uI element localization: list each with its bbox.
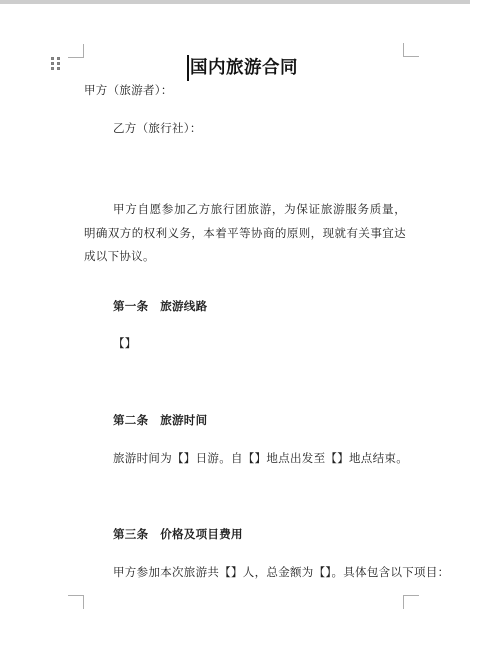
margin-mark-bottom-right-icon bbox=[403, 595, 419, 609]
drag-handle-icon[interactable] bbox=[51, 57, 60, 70]
document-editor-viewport: 国内旅游合同 甲方（旅游者）： 乙方（旅行社）： 甲方自愿参加乙方旅行团旅游，为… bbox=[0, 0, 486, 648]
party-a-line[interactable]: 甲方（旅游者）： bbox=[84, 84, 173, 98]
document-page[interactable]: 国内旅游合同 甲方（旅游者）： 乙方（旅行社）： 甲方自愿参加乙方旅行团旅游，为… bbox=[0, 4, 486, 648]
article-2-heading[interactable]: 第二条 旅游时间 bbox=[113, 414, 207, 428]
party-b-line[interactable]: 乙方（旅行社）： bbox=[113, 122, 202, 136]
article-2-body[interactable]: 旅游时间为【】日游。自【】地点出发至【】地点结束。 bbox=[113, 452, 408, 466]
article-1-heading[interactable]: 第一条 旅游线路 bbox=[113, 300, 207, 314]
preamble-paragraph[interactable]: 甲方自愿参加乙方旅行团旅游，为保证旅游服务质量，明确双方的权利义务，本着平等协商… bbox=[84, 199, 406, 270]
article-3-body[interactable]: 甲方参加本次旅游共【】人，总金额为【】。具体包含以下项目： bbox=[113, 566, 449, 580]
margin-mark-top-right-icon bbox=[403, 43, 419, 57]
article-3-heading[interactable]: 第三条 价格及项目费用 bbox=[113, 528, 243, 542]
contract-title[interactable]: 国内旅游合同 bbox=[84, 54, 404, 79]
article-1-body[interactable]: 【】 bbox=[113, 337, 137, 351]
margin-mark-bottom-left-icon bbox=[68, 595, 84, 609]
margin-mark-top-left-icon bbox=[68, 44, 84, 58]
